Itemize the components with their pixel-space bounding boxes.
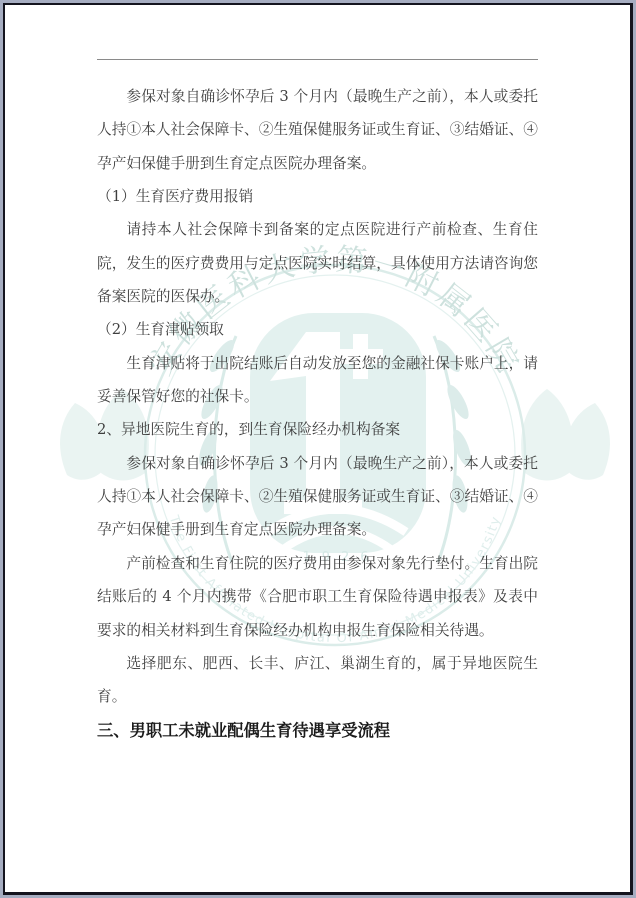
document-body: 参保对象自确诊怀孕后 3 个月内（最晚生产之前），本人或委托人持①本人社会保障卡… <box>97 80 538 747</box>
paragraph-county-list: 选择肥东、肥西、长丰、庐江、巢湖生育的，属于异地医院生育。 <box>97 647 538 714</box>
paragraph-reimbursement: 产前检查和生育住院的医疗费用由参保对象先行垫付。生育出院结账后的 4 个月内携带… <box>97 547 538 647</box>
subheading-nonlocal-hospital: 2、异地医院生育的，到生育保险经办机构备案 <box>97 413 538 446</box>
paragraph-registration-2: 参保对象自确诊怀孕后 3 个月内（最晚生产之前），本人或委托人持①本人社会保障卡… <box>97 447 538 547</box>
paragraph-allowance: 生育津贴将于出院结账后自动发放至您的金融社保卡账户上，请妥善保管好您的社保卡。 <box>97 347 538 414</box>
document-page: 安徽医科大学第一附属医院 The First Affiliated Hospit… <box>3 3 633 895</box>
header-rule <box>97 59 538 60</box>
section-heading-male-employee: 三、男职工未就业配偶生育待遇享受流程 <box>97 714 538 747</box>
paragraph-medical-expense: 请持本人社会保障卡到备案的定点医院进行产前检查、生育住院，发生的医疗费费用与定点… <box>97 213 538 313</box>
subheading-medical-expense: （1）生育医疗费用报销 <box>97 180 538 213</box>
subheading-allowance: （2）生育津贴领取 <box>97 313 538 346</box>
paragraph-registration-1: 参保对象自确诊怀孕后 3 个月内（最晚生产之前），本人或委托人持①本人社会保障卡… <box>97 80 538 180</box>
page-border: 安徽医科大学第一附属医院 The First Affiliated Hospit… <box>0 0 636 898</box>
